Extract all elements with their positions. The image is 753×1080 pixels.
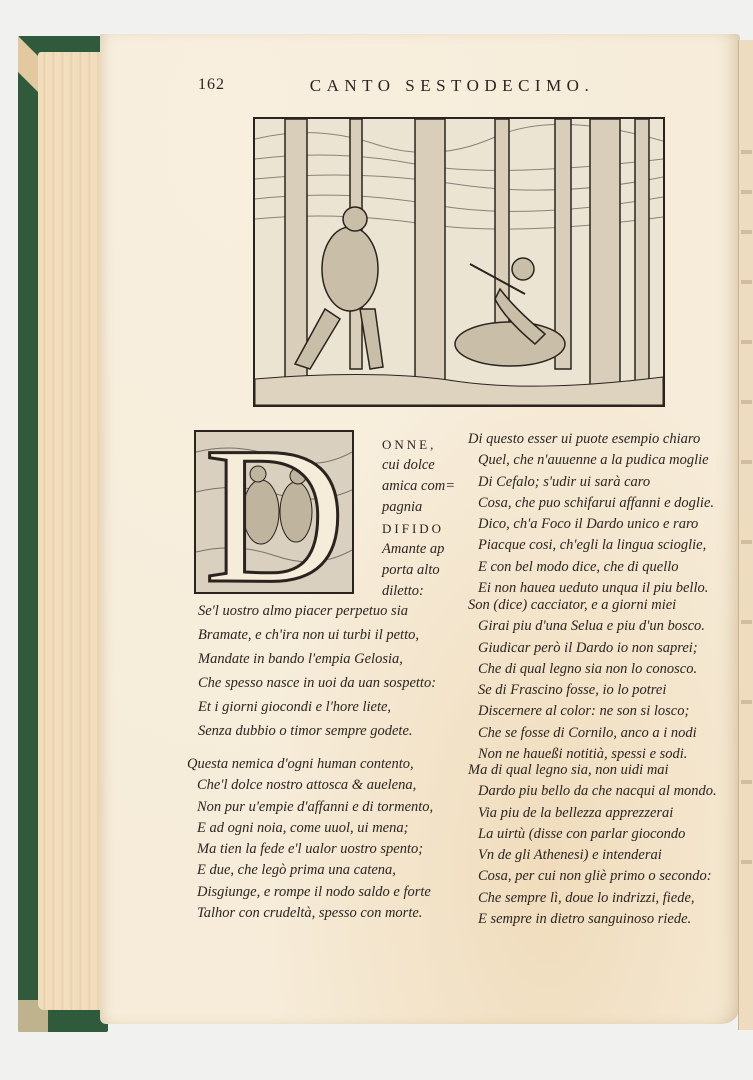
verse-line: Vn de gli Athenesi) e intenderai [468, 845, 717, 866]
facing-page-edge [738, 40, 753, 1030]
verse-line: Dardo piu bello da che nacqui al mondo. [468, 781, 717, 802]
left-stanza-2: Questa nemica d'ogni human contento, Che… [187, 754, 433, 924]
intro-line: ONNE, [382, 434, 457, 455]
running-title: CANTO SESTODECIMO. [236, 76, 668, 96]
intro-line: amica com= [382, 476, 457, 497]
verse-line: Son (dice) cacciator, e a giorni miei [468, 595, 705, 616]
verse-line: Che sempre lì, doue lo indrizzi, fiede, [468, 888, 717, 909]
verse-line: E con bel modo dice, che di quello [468, 557, 714, 578]
verse-line: Non pur u'empie d'affanni e di tormento, [187, 797, 433, 818]
verse-line: Et i giorni giocondi e l'hore liete, [198, 695, 436, 719]
verse-line: Quel, che n'auuenne a la pudica moglie [468, 450, 714, 471]
verse-line: Se'l uostro almo piacer perpetuo sia [198, 599, 436, 623]
verse-line: Se di Frascino fosse, io lo potrei [468, 680, 705, 701]
verse-line: Discernere al color: ne son si losco; [468, 701, 705, 722]
opening-lines: ONNE, cui dolce amica com= pagnia DIFIDO… [382, 434, 457, 602]
intro-line: DIFIDO [382, 518, 457, 539]
intro-line: porta alto [382, 560, 457, 581]
verse-line: E ad ogni noia, come uuol, ui mena; [187, 818, 433, 839]
verse-line: Piacque cosi, ch'egli la lingua scioglie… [468, 535, 714, 556]
verse-line: Talhor con crudeltà, spesso con morte. [187, 903, 433, 924]
verse-line: Di questo esser ui puote esempio chiaro [468, 429, 714, 450]
right-stanza-3: Ma di qual legno sia, non uidi mai Dardo… [468, 760, 717, 930]
verse-line: Mandate in bando l'empia Gelosia, [198, 647, 436, 671]
verse-line: Di Cefalo; s'udir ui sarà caro [468, 472, 714, 493]
initial-letter: D [204, 430, 346, 594]
verse-line: Questa nemica d'ogni human contento, [187, 754, 433, 775]
verse-line: Ma di qual legno sia, non uidi mai [468, 760, 717, 781]
forest-scene-icon [255, 119, 663, 405]
page-header: 162 CANTO SESTODECIMO. [198, 76, 668, 96]
left-stanza-1: Se'l uostro almo piacer perpetuo sia Bra… [198, 599, 436, 743]
right-stanza-1: Di questo esser ui puote esempio chiaro … [468, 429, 714, 599]
verse-line: Dico, ch'a Foco il Dardo unico e raro [468, 514, 714, 535]
verse-line: Che se fosse di Cornilo, anco a i nodi [468, 723, 705, 744]
verse-line: E due, che legò prima una catena, [187, 860, 433, 881]
intro-line: cui dolce [382, 455, 457, 476]
verse-line: La uirtù (disse con parlar giocondo [468, 824, 717, 845]
right-stanza-2: Son (dice) cacciator, e a giorni miei Gi… [468, 595, 705, 765]
verse-line: Cosa, che puo schifarui affanni e doglie… [468, 493, 714, 514]
verse-line: E sempre in dietro sanguinoso riede. [468, 909, 717, 930]
woodcut-illustration [253, 117, 665, 407]
decorated-initial: D [194, 430, 354, 594]
verse-line: Bramate, e ch'ira non ui turbi il petto, [198, 623, 436, 647]
verse-line: Che'l dolce nostro attosca & auelena, [187, 775, 433, 796]
verse-line: Che di qual legno sia non lo conosco. [468, 659, 705, 680]
intro-line: pagnia [382, 497, 457, 518]
verse-line: Disgiunge, e rompe il nodo saldo e forte [187, 882, 433, 903]
verse-line: Girai piu d'una Selua e piu d'un bosco. [468, 616, 705, 637]
verse-line: Ma tien la fede e'l ualor uostro spento; [187, 839, 433, 860]
verse-line: Cosa, per cui non gliè primo o secondo: [468, 866, 717, 887]
verse-line: Senza dubbio o timor sempre godete. [198, 719, 436, 743]
intro-line: Amante ap [382, 539, 457, 560]
verse-line: Giudicar però il Dardo io non saprei; [468, 638, 705, 659]
verse-line: Via piu de la bellezza apprezzerai [468, 803, 717, 824]
verse-line: Che spesso nasce in uoi da uan sospetto: [198, 671, 436, 695]
